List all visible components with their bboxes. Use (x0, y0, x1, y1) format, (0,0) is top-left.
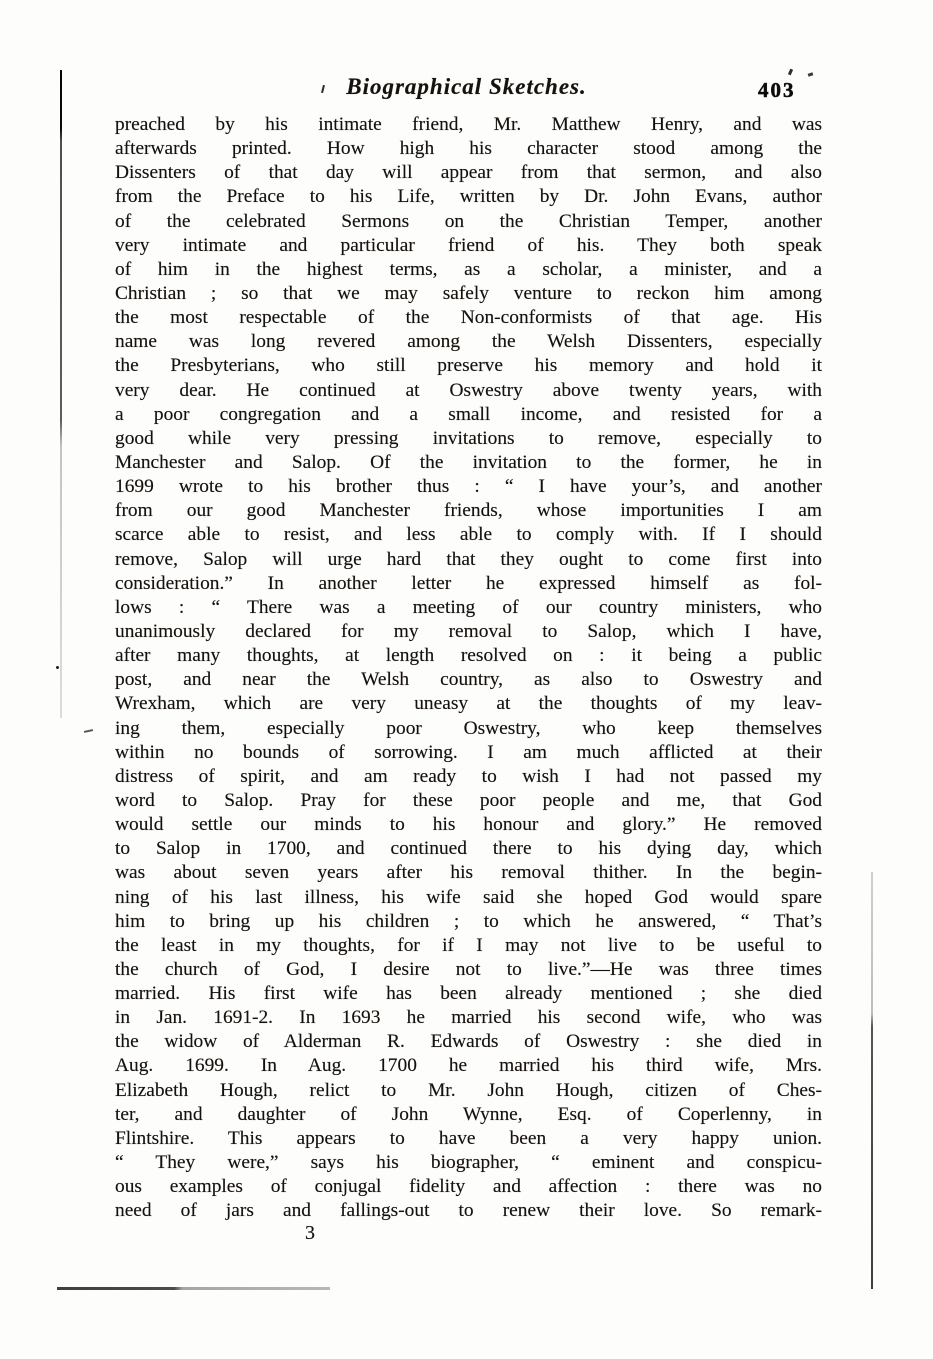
text-line: name was long revered among the Welsh Di… (115, 330, 822, 354)
text-line: ning of his last illness, his wife said … (115, 886, 822, 910)
text-line: very dear. He continued at Oswestry abov… (115, 379, 822, 403)
text-line: Flintshire. This appears to have been a … (115, 1127, 822, 1151)
scan-artifact-speck (56, 666, 59, 669)
text-line: ing them, especially poor Oswestry, who … (115, 717, 822, 741)
text-line: Dissenters of that day will appear from … (115, 161, 822, 185)
text-line: distress of spirit, and am ready to wish… (115, 765, 822, 789)
text-line: in Jan. 1691-2. In 1693 he married his s… (115, 1006, 822, 1030)
text-line: Manchester and Salop. Of the invitation … (115, 451, 822, 475)
text-line: scarce able to resist, and less able to … (115, 523, 822, 547)
text-line: 1699 wrote to his brother thus : “ I hav… (115, 475, 822, 499)
text-line: him to bring up his children ; to which … (115, 910, 822, 934)
text-line: Aug. 1699. In Aug. 1700 he married his t… (115, 1054, 822, 1078)
text-line: need of jars and fallings-out to renew t… (115, 1199, 822, 1223)
text-line: the widow of Alderman R. Edwards of Oswe… (115, 1030, 822, 1054)
body-text: preached by his intimate friend, Mr. Mat… (115, 113, 822, 1223)
text-line: within no bounds of sorrowing. I am much… (115, 741, 822, 765)
text-line: was about seven years after his removal … (115, 861, 822, 885)
text-line: the least in my thoughts, for if I may n… (115, 934, 822, 958)
text-line: “ They were,” says his biographer, “ emi… (115, 1151, 822, 1175)
scan-artifact-left-vertical-line (60, 70, 62, 718)
page-number: 403 (758, 78, 796, 103)
printers-signature-mark: 3 (305, 1222, 315, 1245)
text-line: of the celebrated Sermons on the Christi… (115, 210, 822, 234)
scan-artifact-right-vertical-line (871, 872, 873, 1289)
text-line: ter, and daughter of John Wynne, Esq. of… (115, 1103, 822, 1127)
text-line: afterwards printed. How high his charact… (115, 137, 822, 161)
text-line: word to Salop. Pray for these poor peopl… (115, 789, 822, 813)
text-line: remove, Salop will urge hard that they o… (115, 548, 822, 572)
text-line: good while very pressing invitations to … (115, 427, 822, 451)
text-line: the Presbyterians, who still preserve hi… (115, 354, 822, 378)
text-line: married. His first wife has been already… (115, 982, 822, 1006)
text-line: from the Preface to his Life, written by… (115, 185, 822, 209)
text-line: consideration.” In another letter he exp… (115, 572, 822, 596)
scan-artifact-bottom-rule (57, 1287, 330, 1290)
scan-artifact-speck (84, 729, 93, 733)
text-line: of him in the highest terms, as a schola… (115, 258, 822, 282)
text-line: post, and near the Welsh country, as als… (115, 668, 822, 692)
text-line: very intimate and particular friend of h… (115, 234, 822, 258)
text-line: to Salop in 1700, and continued there to… (115, 837, 822, 861)
text-line: would settle our minds to his honour and… (115, 813, 822, 837)
text-line: Elizabeth Hough, relict to Mr. John Houg… (115, 1079, 822, 1103)
text-line: from our good Manchester friends, whose … (115, 499, 822, 523)
text-line: ous examples of conjugal fidelity and af… (115, 1175, 822, 1199)
text-line: unanimously declared for my removal to S… (115, 620, 822, 644)
text-line: Wrexham, which are very uneasy at the th… (115, 692, 822, 716)
text-line: the most respectable of the Non-conformi… (115, 306, 822, 330)
text-line: lows : “ There was a meeting of our coun… (115, 596, 822, 620)
text-line: after many thoughts, at length resolved … (115, 644, 822, 668)
text-line: the church of God, I desire not to live.… (115, 958, 822, 982)
scanned-book-page: { "page": { "header": { "title": "Biogra… (0, 0, 933, 1359)
text-line: preached by his intimate friend, Mr. Mat… (115, 113, 822, 137)
text-line: Christian ; so that we may safely ventur… (115, 282, 822, 306)
text-line: a poor congregation and a small income, … (115, 403, 822, 427)
